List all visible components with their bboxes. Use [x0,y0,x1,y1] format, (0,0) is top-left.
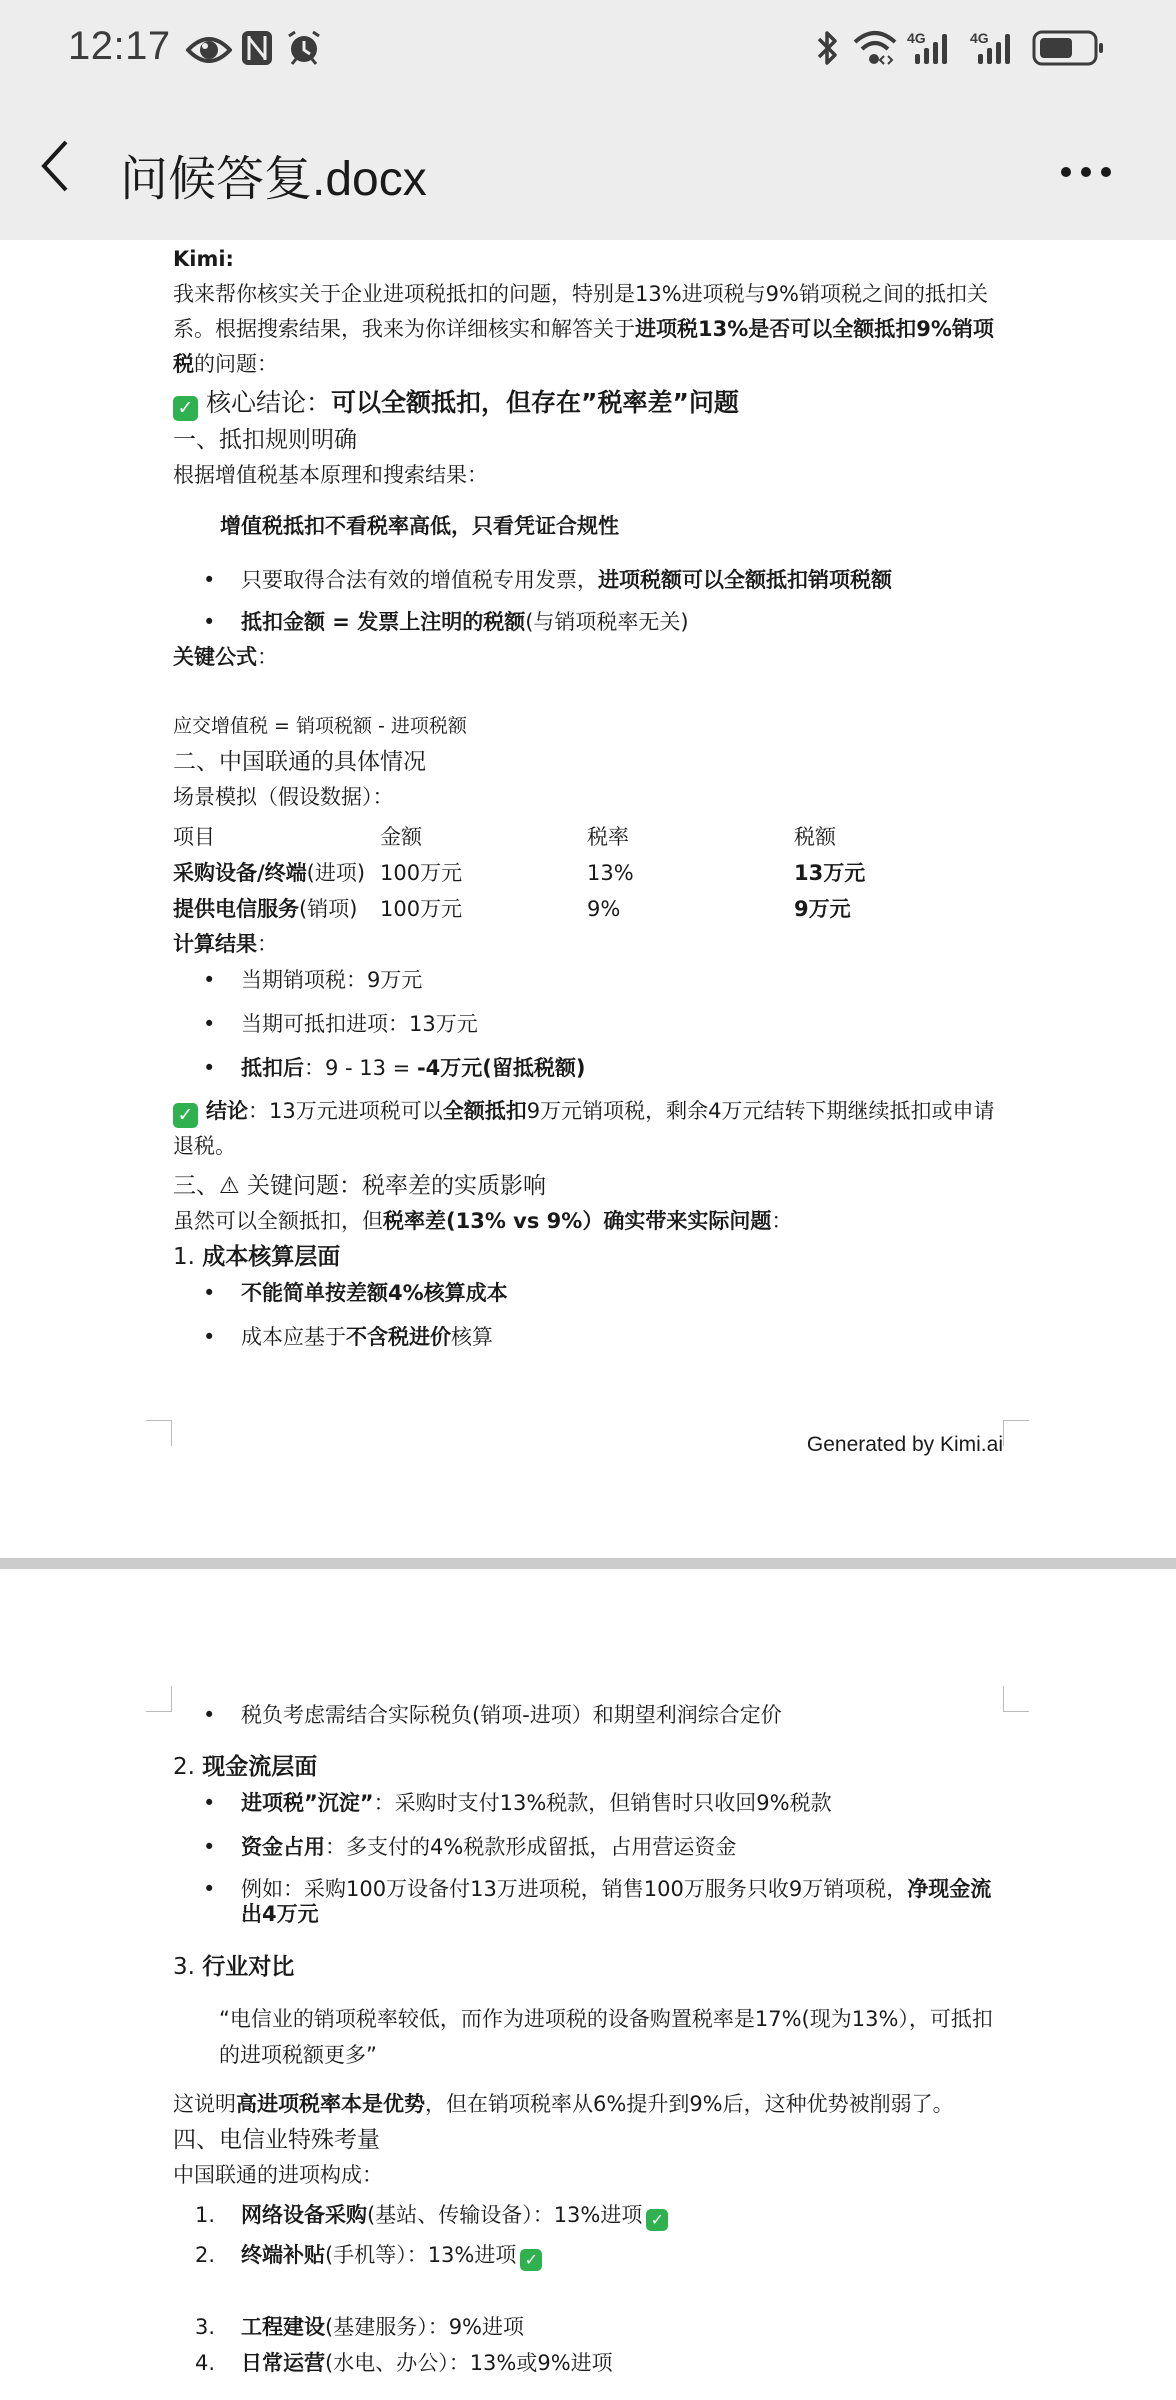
section-4-heading: 四、电信业特殊考量 [173,2122,1003,2158]
more-horizontal-icon [1056,160,1116,184]
bullet-icon: • [203,1785,215,1821]
list-item: •不能简单按差额4%核算成本 [173,1275,1003,1311]
list-item: •例如：采购100万设备付13万进项税，销售100万服务只收9万销项税，净现金流… [173,1873,1003,1927]
bullet-icon: • [203,962,215,998]
conclusion-paragraph: ✓结论：13万元进项税可以全额抵扣9万元销项税，剩余4万元结转下期继续抵扣或申请… [173,1094,1003,1164]
bullet-icon: • [203,1697,215,1733]
speaker-label: Kimi: [173,241,1003,277]
subsection-2-heading: 2. 现金流层面 [173,1749,1003,1785]
list-item: •成本应基于不含税进价核算 [173,1319,1003,1355]
signal-4g-icon: 4G [970,30,1022,70]
footer-generated-by: Generated by Kimi.ai [807,1433,1003,1457]
scenario-table: 项目 金额 税率 税额 采购设备/终端(进项) 100万元 13% 13万元 提… [173,819,1003,927]
formula-label: 关键公式： [173,640,1003,675]
signal-4g-icon: 4G [907,30,959,70]
status-bar: 12:17 4G 4G [0,0,1176,100]
back-button[interactable] [36,136,96,206]
table-header: 税额 [794,819,1003,855]
list-item: •抵扣金额 = 发票上注明的税额(与销项税率无关) [173,604,1003,640]
list-item: •进项税”沉淀”：采购时支付13%税款，但销售时只收回9%税款 [173,1785,1003,1821]
table-header: 金额 [380,819,587,855]
list-item: 2.终端补贴(手机等）：13%进项✓ [173,2237,1003,2273]
check-icon: ✓ [173,396,198,421]
nfc-icon [241,30,273,70]
bullet-icon: • [203,1006,215,1042]
status-time: 12:17 [68,24,171,69]
section-3-heading: 三、⚠ 关键问题：税率差的实质影响 [173,1168,1003,1204]
subsection-1-heading: 1. 成本核算层面 [173,1239,1003,1275]
table-cell-item: 采购设备/终端(进项) [173,855,380,891]
table-cell-tax: 9万元 [794,891,1003,927]
quote-block: “电信业的销项税率较低，而作为进项税的设备购置税率是17%(现为13%），可抵扣… [173,2001,1003,2073]
check-icon: ✓ [646,2209,668,2231]
core-conclusion-heading: ✓核心结论：可以全额抵扣，但存在”税率差”问题 [173,384,1003,422]
bullet-icon: • [203,1050,215,1086]
table-header: 项目 [173,819,380,855]
bullet-icon: • [203,604,215,640]
page-1-content: Kimi: 我来帮你核实关于企业进项税抵扣的问题，特别是13%进项税与9%销项税… [173,240,1003,1363]
calc-result-label: 计算结果： [173,927,1003,962]
input-composition-list: 1.网络设备采购(基站、传输设备）：13%进项✓ 2.终端补贴(手机等）：13%… [173,2197,1003,2381]
check-icon: ✓ [520,2249,542,2271]
table-header-row: 项目 金额 税率 税额 [173,819,1003,855]
document-page-2: •税负考虑需结合实际税负(销项-进项）和期望利润综合定价 2. 现金流层面 •进… [0,1569,1176,2400]
formula-text: 应交增值税 = 销项税额 - 进项税额 [173,709,1003,744]
page-separator [0,1558,1176,1569]
subsection-1-bullets: •不能简单按差额4%核算成本 •成本应基于不含税进价核算 [173,1275,1003,1355]
list-item: •税负考虑需结合实际税负(销项-进项）和期望利润综合定价 [173,1697,1003,1733]
section-1-bullets: •只要取得合法有效的增值税专用发票，进项税额可以全额抵扣销项税额 •抵扣金额 =… [173,562,1003,640]
bullet-icon: • [203,1319,215,1355]
eye-icon [186,30,232,74]
check-icon: ✓ [173,1103,198,1128]
page-2-content: •税负考虑需结合实际税负(销项-进项）和期望利润综合定价 2. 现金流层面 •进… [173,1697,1003,2381]
document-page-1: Kimi: 我来帮你核实关于企业进项税抵扣的问题，特别是13%进项税与9%销项税… [0,240,1176,1558]
more-options-button[interactable] [1056,160,1116,184]
table-cell-amount: 100万元 [380,855,587,891]
bullet-icon: • [203,1829,215,1865]
page-corner-mark [1003,1420,1029,1446]
battery-icon [1032,30,1106,70]
calc-bullets: •当期销项税：9万元 •当期可抵扣进项：13万元 •抵扣后：9 - 13 = -… [173,962,1003,1086]
table-cell-rate: 9% [587,891,794,927]
list-item: •当期可抵扣进项：13万元 [173,1006,1003,1042]
table-header: 税率 [587,819,794,855]
list-item: •当期销项税：9万元 [173,962,1003,998]
list-item: 4.日常运营(水电、办公）：13%或9%进项 [173,2345,1003,2381]
list-item: •抵扣后：9 - 13 = -4万元(留抵税额) [173,1050,1003,1086]
warning-icon: ⚠ [219,1173,247,1199]
table-row: 采购设备/终端(进项) 100万元 13% 13万元 [173,855,1003,891]
table-cell-tax: 13万元 [794,855,1003,891]
page-corner-mark [1003,1686,1029,1712]
list-item: 3.工程建设(基建服务）：9%进项 [173,2309,1003,2345]
section-1-heading: 一、抵扣规则明确 [173,422,1003,458]
table-cell-rate: 13% [587,855,794,891]
subsection-3-heading: 3. 行业对比 [173,1949,1003,1985]
page-corner-mark [146,1686,172,1712]
principle-text: 增值税抵扣不看税率高低，只看凭证合规性 [173,509,1003,544]
wifi-icon [852,30,898,70]
section-1-lead: 根据增值税基本原理和搜索结果： [173,458,1003,493]
section-2-lead: 场景模拟（假设数据）： [173,780,1003,815]
document-title: 问候答复.docx [120,140,427,209]
section-3-lead: 虽然可以全额抵扣，但税率差(13% vs 9%）确实带来实际问题： [173,1204,1003,1239]
explain-paragraph: 这说明高进项税率本是优势，但在销项税率从6%提升到9%后，这种优势被削弱了。 [173,2087,1003,2122]
list-item: •资金占用：多支付的4%税款形成留抵，占用营运资金 [173,1829,1003,1865]
table-cell-item: 提供电信服务(销项) [173,891,380,927]
chevron-left-icon [36,136,76,196]
bluetooth-icon [815,30,839,70]
subsection-2-bullets: •进项税”沉淀”：采购时支付13%税款，但销售时只收回9%税款 •资金占用：多支… [173,1785,1003,1927]
list-item: •只要取得合法有效的增值税专用发票，进项税额可以全额抵扣销项税额 [173,562,1003,598]
section-4-lead: 中国联通的进项构成： [173,2158,1003,2193]
svg-text:4G: 4G [970,30,989,46]
page-corner-mark [146,1420,172,1446]
bullet-icon: • [203,1275,215,1311]
continued-bullets: •税负考虑需结合实际税负(销项-进项）和期望利润综合定价 [173,1697,1003,1733]
section-2-heading: 二、中国联通的具体情况 [173,744,1003,780]
table-cell-amount: 100万元 [380,891,587,927]
table-row: 提供电信服务(销项) 100万元 9% 9万元 [173,891,1003,927]
app-bar: 问候答复.docx [0,100,1176,240]
svg-text:4G: 4G [907,30,926,46]
intro-paragraph: 我来帮你核实关于企业进项税抵扣的问题，特别是13%进项税与9%销项税之间的抵扣关… [173,277,1003,382]
bullet-icon: • [203,1877,215,1902]
bullet-icon: • [203,562,215,598]
list-item: 1.网络设备采购(基站、传输设备）：13%进项✓ [173,2197,1003,2233]
alarm-icon [286,30,322,70]
